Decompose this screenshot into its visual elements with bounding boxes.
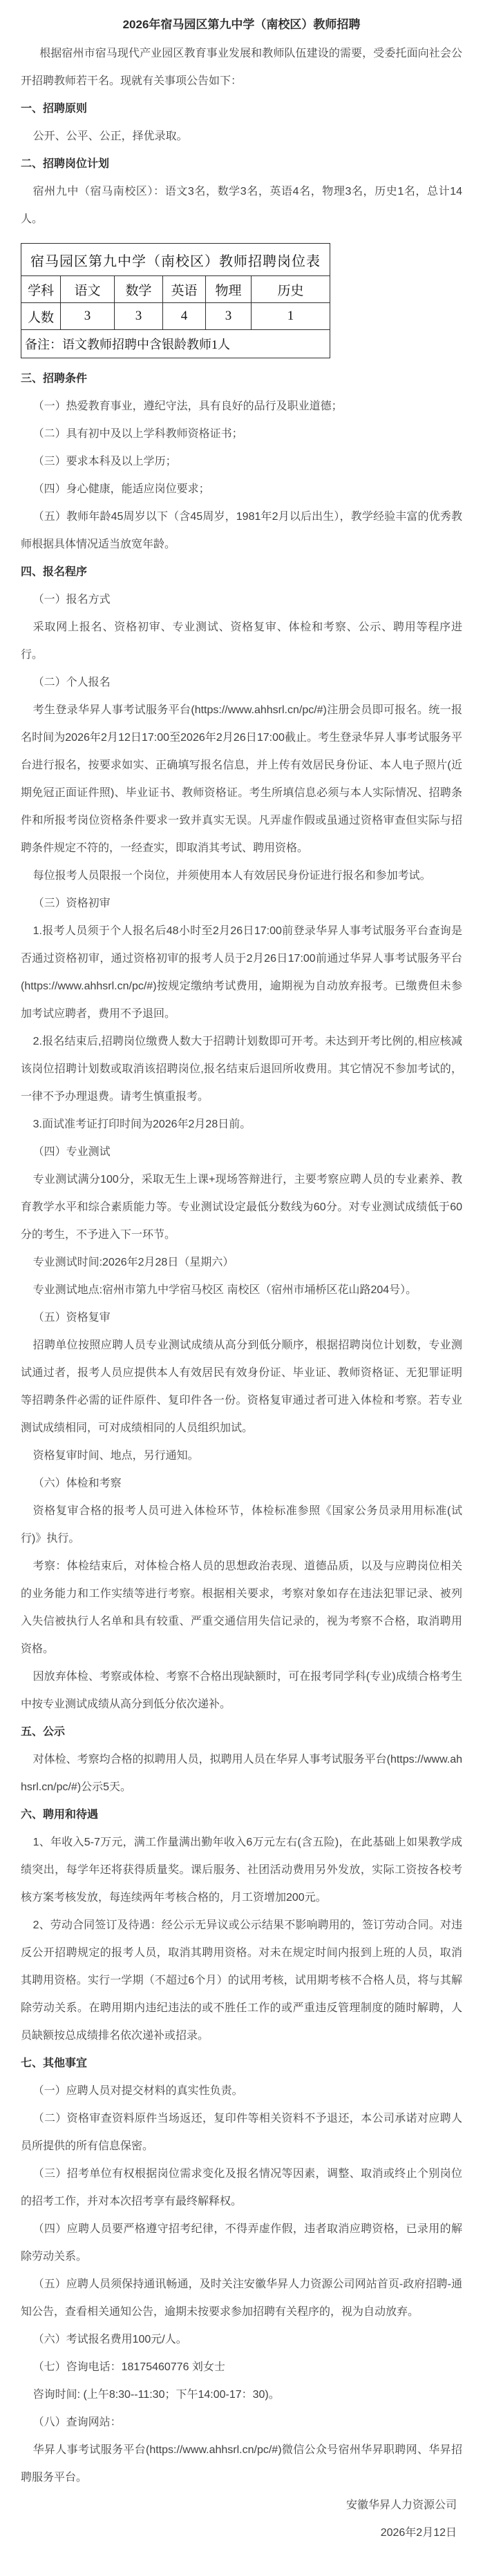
paragraph: （二）具有初中及以上学科教师资格证书； — [21, 420, 462, 448]
table-cell-history-count: 1 — [252, 303, 330, 330]
paragraph: 考察：体检结束后，对体检合格人员的思想政治表现、道德品质，以及与应聘岗位相关的业… — [21, 1553, 462, 1663]
paragraph: 专业测试时间:2026年2月28日（星期六） — [21, 1249, 462, 1277]
table-cell-math: 数学 — [115, 276, 163, 303]
paragraph: （二）个人报名 — [21, 669, 462, 697]
paragraph: 招聘单位按照应聘人员专业测试成绩从高分到低分顺序，根据招聘岗位计划数，专业测试通… — [21, 1332, 462, 1442]
table-cell-subject-label: 学科 — [21, 276, 61, 303]
paragraph: （一）应聘人员对提交材料的真实性负责。 — [21, 2078, 462, 2105]
table-cell-physics: 物理 — [206, 276, 252, 303]
paragraph: （五）资格复审 — [21, 1304, 462, 1332]
section-heading-application: 四、报名程序 — [21, 559, 462, 586]
section-heading-others: 七、其他事宜 — [21, 2050, 462, 2078]
paragraph: 资格复审合格的报考人员可进入体检环节，体检标准参照《国家公务员录用用标准(试行)… — [21, 1498, 462, 1553]
paragraph: 2、劳动合同签订及待遇：经公示无异议或公示结果不影响聘用的，签订劳动合同。对违反… — [21, 1912, 462, 2050]
paragraph: 华昇人事考试服务平台(https://www.ahhsrl.cn/pc/#)微信… — [21, 2437, 462, 2492]
table-cell-english-count: 4 — [163, 303, 206, 330]
table-caption: 宿马园区第九中学（南校区）教师招聘岗位表 — [21, 244, 330, 276]
table-cell-count-label: 人数 — [21, 303, 61, 330]
signature-organization: 安徽华昇人力资源公司 — [21, 2492, 462, 2519]
paragraph: 对体检、考察均合格的拟聘用人员，拟聘用人员在华昇人事考试服务平台(https:/… — [21, 1746, 462, 1801]
table-cell-physics-count: 3 — [206, 303, 252, 330]
paragraph: 每位报考人员限报一个岗位，并须使用本人有效居民身份证进行报名和参加考试。 — [21, 862, 462, 890]
table-caption-row: 宿马园区第九中学（南校区）教师招聘岗位表 — [21, 244, 330, 276]
paragraph: （五）教师年龄45周岁以下（含45周岁，1981年2月以后出生），教学经验丰富的… — [21, 503, 462, 559]
paragraph: （三）资格初审 — [21, 890, 462, 918]
paragraph: 咨询时间: (上午8:30--11:30；下午14:00-17：30)。 — [21, 2381, 462, 2409]
table-cell-english: 英语 — [163, 276, 206, 303]
paragraph: （二）资格审查资料原件当场返还，复印件等相关资料不予退还，本公司承诺对应聘人员所… — [21, 2105, 462, 2160]
paragraph: 1、年收入5-7万元，满工作量满出勤年收入6万元左右(含五险)，在此基础上如果教… — [21, 1829, 462, 1912]
table-cell-chinese-count: 3 — [61, 303, 115, 330]
section-heading-principles: 一、招聘原则 — [21, 95, 462, 123]
section-heading-publicity: 五、公示 — [21, 1718, 462, 1746]
paragraph: 3.面试准考证打印时间为2026年2月28日前。 — [21, 1111, 462, 1139]
paragraph: （三）要求本科及以上学历； — [21, 448, 462, 476]
paragraph: （一）热爱教育事业，遵纪守法，具有良好的品行及职业道德； — [21, 393, 462, 420]
paragraph: 采取网上报名、资格初审、专业测试、资格复审、体检和考察、公示、聘用等程序进行。 — [21, 614, 462, 669]
table-cell-chinese: 语文 — [61, 276, 115, 303]
paragraph: 2.报名结束后,招聘岗位缴费人数大于招聘计划数即可开考。未达到开考比例的,相应核… — [21, 1028, 462, 1111]
paragraph: 考生登录华昇人事考试服务平台(https://www.ahhsrl.cn/pc/… — [21, 697, 462, 862]
paragraph: 专业测试地点:宿州市第九中学宿马校区 南校区（宿州市埇桥区花山路204号）。 — [21, 1277, 462, 1304]
section-heading-position-plan: 二、招聘岗位计划 — [21, 151, 462, 178]
table-header-row: 学科 语文 数学 英语 物理 历史 — [21, 276, 330, 303]
recruitment-announcement-page: 2026年宿马园区第九中学（南校区）教师招聘 根据宿州市宿马现代产业园区教育事业… — [0, 0, 483, 2576]
paragraph: 1.报考人员须于个人报名后48小时至2月26日17:00前登录华昇人事考试服务平… — [21, 918, 462, 1028]
paragraph: （七）咨询电话：18175460776 刘女士 — [21, 2354, 462, 2381]
intro-paragraph: 根据宿州市宿马现代产业园区教育事业发展和教师队伍建设的需要，受委托面向社会公开招… — [21, 40, 462, 95]
table-cell-history: 历史 — [252, 276, 330, 303]
paragraph: 因放弃体检、考察或体检、考察不合格出现缺额时，可在报考同学科(专业)成绩合格考生… — [21, 1663, 462, 1718]
paragraph: （四）应聘人员要严格遵守招考纪律，不得弄虚作假，违者取消应聘资格，已录用的解除劳… — [21, 2216, 462, 2271]
paragraph: （一）报名方式 — [21, 586, 462, 614]
page-title: 2026年宿马园区第九中学（南校区）教师招聘 — [21, 10, 462, 40]
paragraph: （六）体检和考察 — [21, 1470, 462, 1498]
paragraph: （六）考试报名费用100元/人。 — [21, 2326, 462, 2354]
section-heading-requirements: 三、招聘条件 — [21, 365, 462, 393]
paragraph: （四）专业测试 — [21, 1139, 462, 1166]
table-cell-math-count: 3 — [115, 303, 163, 330]
signature-date: 2026年2月12日 — [21, 2519, 462, 2547]
table-note: 备注：语文教师招聘中含银龄教师1人 — [21, 330, 330, 358]
table-count-row: 人数 3 3 4 3 1 — [21, 303, 330, 330]
section-heading-employment: 六、聘用和待遇 — [21, 1801, 462, 1829]
paragraph: （四）身心健康，能适应岗位要求； — [21, 476, 462, 503]
paragraph: 资格复审时间、地点，另行通知。 — [21, 1442, 462, 1470]
paragraph: （三）招考单位有权根据岗位需求变化及报名情况等因素，调整、取消或终止个别岗位的招… — [21, 2160, 462, 2216]
paragraph: 公开、公平、公正，择优录取。 — [21, 123, 462, 151]
paragraph: 专业测试满分100分，采取无生上课+现场答辩进行，主要考察应聘人员的专业素养、教… — [21, 1166, 462, 1249]
paragraph: （五）应聘人员须保持通讯畅通，及时关注安徽华昇人力资源公司网站首页-政府招聘-通… — [21, 2271, 462, 2326]
paragraph: （八）查询网站： — [21, 2409, 462, 2437]
table-note-row: 备注：语文教师招聘中含银龄教师1人 — [21, 330, 330, 358]
paragraph: 宿州九中（宿马南校区）：语文3名，数学3名，英语4名，物理3名，历史1名，总计1… — [21, 178, 462, 233]
job-position-table: 宿马园区第九中学（南校区）教师招聘岗位表 学科 语文 数学 英语 物理 历史 人… — [21, 243, 330, 358]
